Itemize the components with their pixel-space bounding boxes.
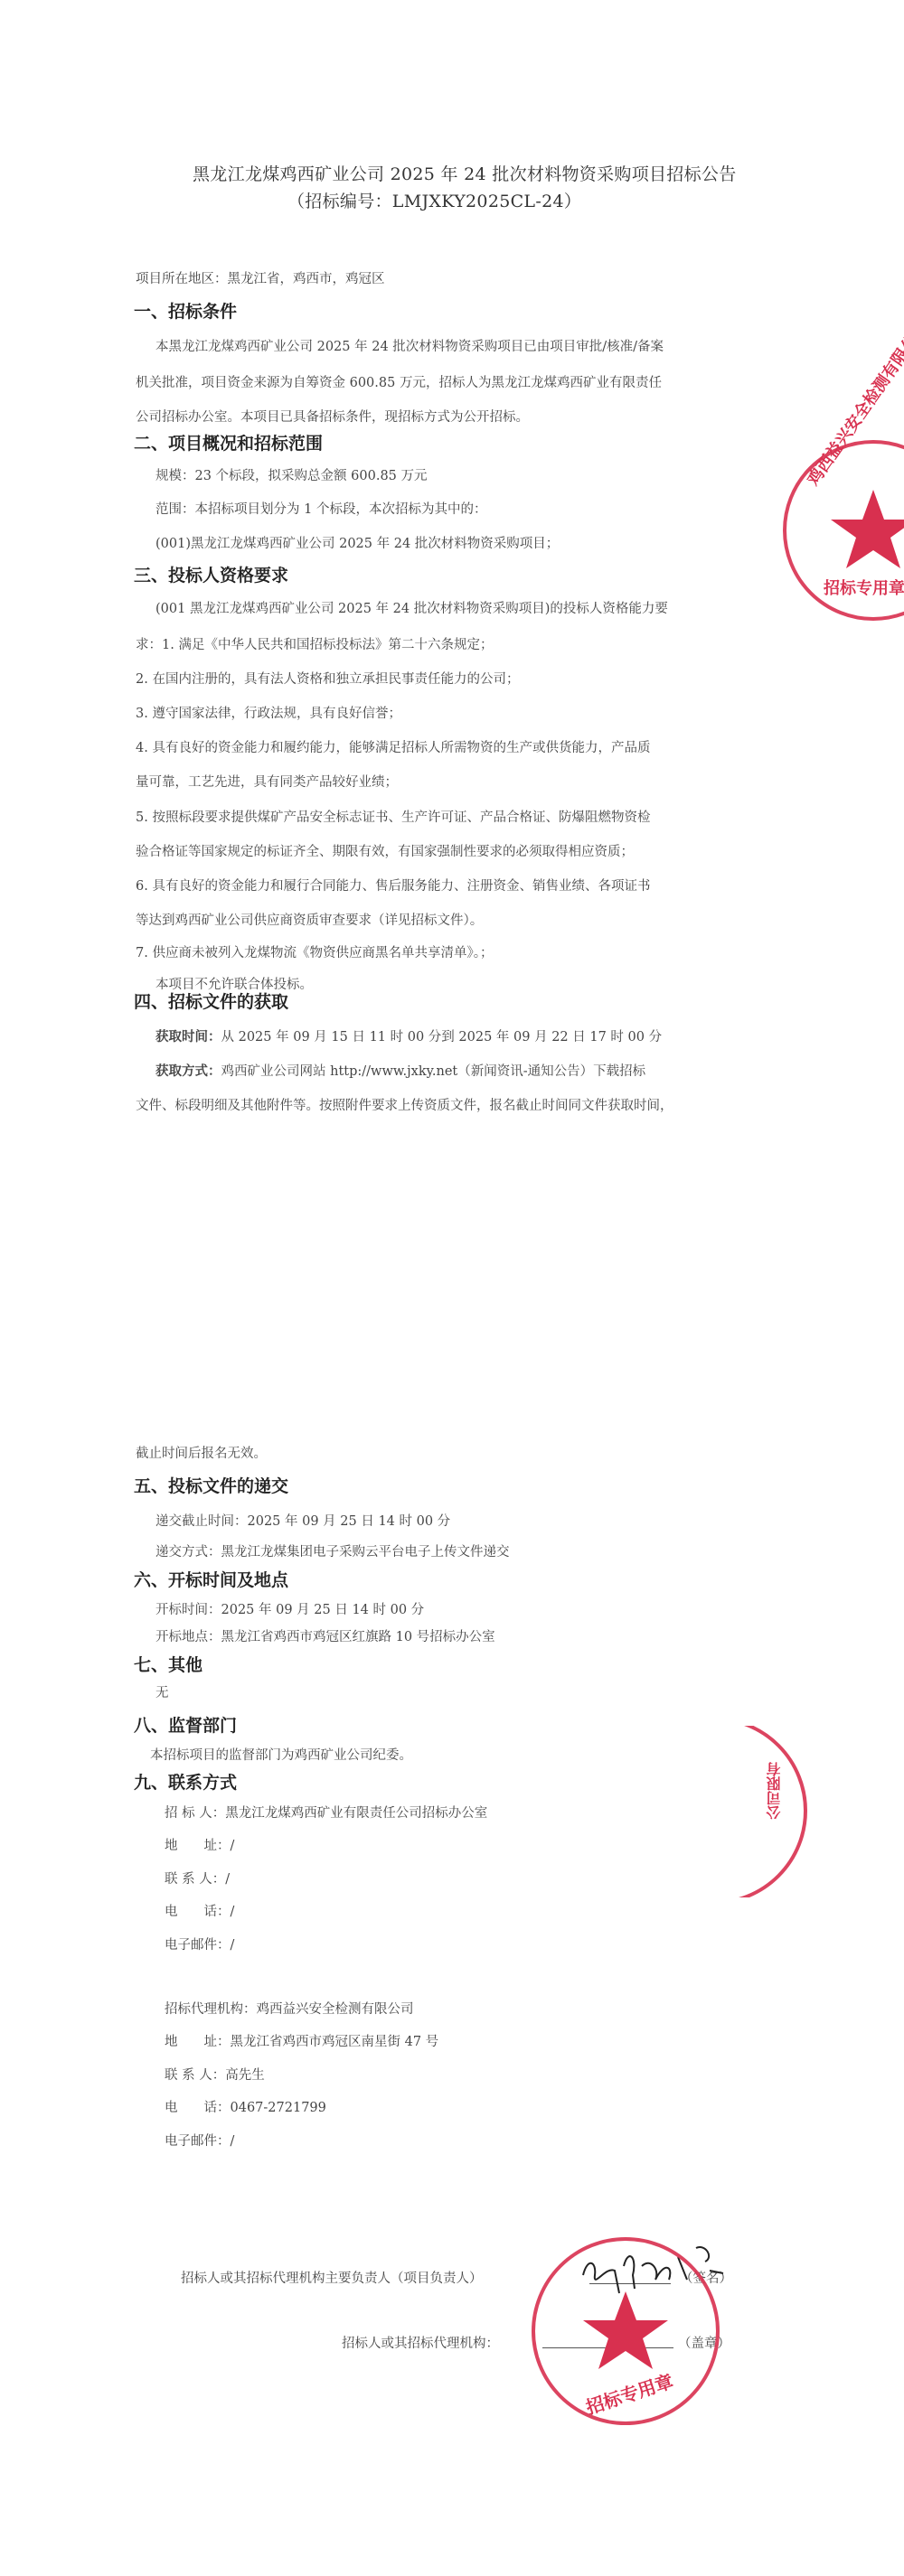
tenderer-address-row: 地 址：/: [165, 1835, 234, 1854]
row-value: 黑龙江龙煤鸡西矿业有限责任公司招标办公室: [225, 1806, 487, 1821]
row-value: /: [231, 1938, 235, 1953]
row-value: /: [231, 1839, 235, 1853]
company-stamp-bottom: 招标专用章: [532, 2237, 721, 2427]
section7-text: 无: [155, 1682, 169, 1701]
section5-method: 递交方式：黑龙江龙煤集团电子采购云平台电子上传文件递交: [155, 1541, 510, 1560]
time-label: 获取时间：: [155, 1029, 221, 1044]
row-label: 地 址：: [165, 2035, 231, 2049]
section5-deadline: 递交截止时间：2025 年 09 月 25 日 14 时 00 分: [155, 1511, 450, 1530]
section3-line-7: 5. 按照标段要求提供煤矿产品安全标志证书、生产许可证、产品合格证、防爆阻燃物资…: [136, 807, 650, 826]
company-stamp-partial: 公司限有: [728, 1726, 854, 1897]
row-label: 电 话：: [165, 2101, 231, 2115]
section3-line-2: 求：1. 满足《中华人民共和国招标投标法》第二十六条规定；: [136, 634, 493, 653]
method-label: 获取方式：: [155, 1063, 221, 1079]
tenderer-contact-row: 联 系 人：/: [165, 1869, 230, 1888]
section-heading-8: 八、监督部门: [134, 1712, 237, 1737]
section-heading-7: 七、其他: [134, 1652, 202, 1676]
tenderer-name-row: 招 标 人：黑龙江龙煤鸡西矿业有限责任公司招标办公室: [165, 1803, 487, 1822]
section2-scale: 规模：23 个标段，拟采购总金额 600.85 万元: [155, 465, 428, 484]
section4-method: 获取方式：鸡西矿业公司网站 http://www.jxky.net（新闻资讯-通…: [155, 1061, 645, 1080]
tenderer-phone-row: 电 话：/: [165, 1901, 234, 1920]
agency-contact-row: 联 系 人：高先生: [165, 2065, 265, 2084]
stamp-bottom-text: 招标专用章: [824, 576, 904, 599]
section8-text: 本招标项目的监督部门为鸡西矿业公司纪委。: [150, 1745, 412, 1764]
stamp-partial-text: 公司限有: [764, 1762, 785, 1820]
section4-method-line3: 截止时间后报名无效。: [136, 1443, 267, 1462]
section6-place: 开标地点：黑龙江省鸡西市鸡冠区红旗路 10 号招标办公室: [155, 1626, 495, 1645]
section3-line-4: 3. 遵守国家法律，行政法规，具有良好信誉；: [136, 703, 401, 722]
section6-time: 开标时间：2025 年 09 月 25 日 14 时 00 分: [155, 1599, 424, 1618]
agency-name-row: 招标代理机构：鸡西益兴安全检测有限公司: [165, 1999, 414, 2018]
section-heading-6: 六、开标时间及地点: [134, 1567, 288, 1591]
row-label: 招标代理机构：: [165, 2002, 257, 2017]
section3-line-6: 量可靠，工艺先进，具有同类产品较好业绩；: [136, 772, 398, 791]
section-heading-1: 一、招标条件: [134, 298, 237, 323]
row-value: 黑龙江省鸡西市鸡冠区南星街 47 号: [231, 2035, 439, 2049]
row-label: 联 系 人：: [165, 1872, 225, 1887]
section1-line-3: 公司招标办公室。本项目已具备招标条件，现招标方式为公开招标。: [136, 407, 529, 426]
section2-range: 范围：本招标项目划分为 1 个标段，本次招标为其中的：: [155, 499, 486, 518]
section3-line-9: 6. 具有良好的资金能力和履行合同能力、售后服务能力、注册资金、销售业绩、各项证…: [136, 876, 650, 895]
row-label: 地 址：: [165, 1839, 231, 1853]
row-label: 电子邮件：: [165, 1938, 231, 1953]
row-value: /: [231, 2134, 235, 2149]
company-stamp-top: 鸡西益兴安全检测有限公司 招标专用章: [783, 440, 904, 621]
section2-lot: (001)黑龙江龙煤鸡西矿业公司 2025 年 24 批次材料物资采购项目；: [155, 533, 559, 552]
project-location: 项目所在地区：黑龙江省，鸡西市，鸡冠区: [136, 268, 385, 287]
row-value: 高先生: [225, 2068, 265, 2083]
section4-method-line2: 文件、标段明细及其他附件等。按照附件要求上传资质文件，报名截止时间同文件获取时间…: [136, 1095, 673, 1114]
signature-label-2: 招标人或其招标代理机构：: [342, 2333, 499, 2352]
section-heading-3: 三、投标人资格要求: [134, 562, 288, 586]
section1-line-2: 机关批准，项目资金来源为自筹资金 600.85 万元，招标人为黑龙江龙煤鸡西矿业…: [136, 372, 662, 391]
row-label: 电 话：: [165, 1905, 231, 1919]
section4-time: 获取时间：从 2025 年 09 月 15 日 11 时 00 分到 2025 …: [155, 1026, 662, 1045]
section3-line-1: (001 黑龙江龙煤鸡西矿业公司 2025 年 24 批次材料物资采购项目)的投…: [155, 598, 668, 617]
signature-label-1: 招标人或其招标代理机构主要负责人（项目负责人）: [181, 2268, 483, 2287]
section3-line-5: 4. 具有良好的资金能力和履约能力，能够满足招标人所需物资的生产或供货能力，产品…: [136, 737, 650, 756]
section3-line-10: 等达到鸡西矿业公司供应商资质审查要求（详见招标文件）。: [136, 910, 483, 929]
tenderer-email-row: 电子邮件：/: [165, 1934, 234, 1953]
method-value: 鸡西矿业公司网站 http://www.jxky.net（新闻资讯-通知公告）下…: [221, 1064, 646, 1079]
agency-address-row: 地 址：黑龙江省鸡西市鸡冠区南星街 47 号: [165, 2031, 438, 2050]
section3-line-3: 2. 在国内注册的，具有法人资格和独立承担民事责任能力的公司；: [136, 669, 519, 688]
row-value: /: [225, 1872, 230, 1887]
section-heading-5: 五、投标文件的递交: [134, 1473, 288, 1497]
section3-line-8: 验合格证等国家规定的标证齐全、期限有效，有国家强制性要求的必须取得相应资质；: [136, 841, 634, 860]
agency-phone-row: 电 话：0467-2721799: [165, 2097, 326, 2116]
row-value: 鸡西益兴安全检测有限公司: [257, 2002, 414, 2017]
row-label: 电子邮件：: [165, 2134, 231, 2149]
bid-number: （招标编号：LMJXKY2025CL-24）: [287, 188, 581, 212]
document-title: 黑龙江龙煤鸡西矿业公司 2025 年 24 批次材料物资采购项目招标公告: [193, 161, 737, 185]
section3-line-11: 7. 供应商未被列入龙煤物流《物资供应商黑名单共享清单》。；: [136, 942, 493, 961]
section-heading-4: 四、招标文件的获取: [134, 988, 288, 1013]
row-label: 联 系 人：: [165, 2068, 225, 2083]
row-label: 招 标 人：: [165, 1806, 225, 1821]
agency-email-row: 电子邮件：/: [165, 2131, 234, 2150]
time-value: 从 2025 年 09 月 15 日 11 时 00 分到 2025 年 09 …: [221, 1030, 663, 1044]
section1-line-1: 本黑龙江龙煤鸡西矿业公司 2025 年 24 批次材料物资采购项目已由项目审批/…: [155, 336, 664, 355]
row-value: /: [231, 1905, 235, 1919]
section-heading-9: 九、联系方式: [134, 1769, 237, 1794]
section-heading-2: 二、项目概况和招标范围: [134, 430, 323, 454]
row-value: 0467-2721799: [231, 2101, 326, 2115]
